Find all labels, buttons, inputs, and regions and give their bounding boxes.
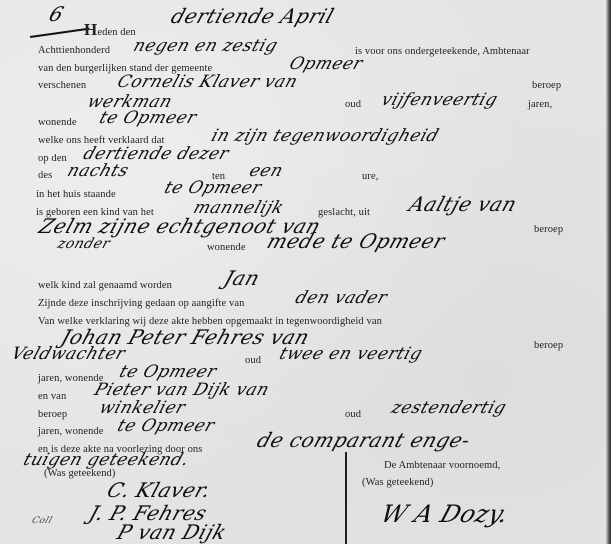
municipality-value: Opmeer (287, 54, 366, 74)
beroep-label-3: beroep (534, 340, 563, 351)
record-number-stroke (30, 28, 90, 38)
huis-staande-label: in het huis staande (36, 189, 116, 200)
jaren-wonende-label-2: jaren, wonende (38, 426, 104, 437)
signed-line-1-value: de comparant enge- (254, 428, 474, 452)
signature-divider (345, 452, 347, 544)
statement-value: in zijn tegenwoordigheid (209, 126, 442, 146)
margin-note: Coll (30, 516, 53, 526)
informant-value: den vader (293, 288, 390, 308)
en-van-label: en van (38, 391, 66, 402)
page-edge (606, 0, 611, 544)
wonende-label-2: wonende (207, 242, 246, 253)
mother-occupation-value: zonder (55, 236, 112, 252)
jaren-label-1: jaren, (528, 99, 552, 110)
declarant-residence-value: te Opmeer (97, 108, 199, 128)
heden-den-label: Heden den (84, 20, 136, 40)
oud-label-1: oud (345, 99, 361, 110)
achttienhonderd-label: Achttienhonderd (38, 45, 110, 56)
record-number: 6 (46, 2, 67, 26)
declarant-name-value: Cornelis Klaver van (115, 72, 301, 92)
wonende-label-1: wonende (38, 117, 77, 128)
declarant-age-value: vijfenveertig (379, 90, 501, 110)
heden-initial: H (84, 20, 97, 39)
mother-residence-value: mede te Opmeer (264, 229, 448, 253)
was-geteekend-label-2: (Was geteekend) (362, 477, 434, 488)
beroep-label-2: beroep (534, 224, 563, 235)
ambtenaar-voornoemd-label: De Ambtenaar voornoemd, (384, 460, 500, 471)
inschrijving-label: Zijnde deze inschrijving gedaan op aangi… (38, 298, 244, 309)
voor-ons-label: is voor ons ondergeteekende, Ambtenaar (355, 46, 530, 57)
birth-house-value: te Opmeer (162, 178, 264, 198)
witness2-age-value: zestendertig (389, 398, 509, 418)
declarant-signature: C. Klaver. (104, 478, 214, 502)
genaamd-label: welk kind zal genaamd worden (38, 280, 172, 291)
was-geteekend-label-1: (Was geteekend) (44, 468, 116, 479)
witness2-signature: P van Dijk (114, 520, 230, 544)
witness1-occupation-value: Veldwachter (9, 344, 128, 364)
witness2-residence-value: te Opmeer (115, 416, 217, 436)
des-label: des (38, 170, 52, 181)
mother-name-1-value: Aaltje van (406, 192, 520, 216)
official-signature: W A Dozy. (377, 500, 512, 528)
op-den-label: op den (38, 153, 67, 164)
beroep-label-1: beroep (532, 80, 561, 91)
witness2-name-value: Pieter van Dijk van (92, 380, 272, 400)
witness2-occupation-value: winkelier (97, 398, 188, 418)
witness1-residence-value: te Opmeer (117, 362, 219, 382)
oud-label-2: oud (245, 355, 261, 366)
verschenen-label: verschenen (38, 80, 86, 91)
beroep-label-4: beroep (38, 409, 67, 420)
signed-line-2-value: tuigen geteekend. (21, 450, 192, 470)
heden-rest: eden den (97, 27, 135, 38)
time-of-day-value: nachts (65, 161, 132, 181)
witness1-age-value: twee en veertig (277, 344, 425, 364)
document-page: 6 Heden den dertiende April Achttienhond… (0, 0, 611, 544)
day-value: dertiende April (168, 4, 337, 28)
geslacht-label: geslacht, uit (318, 207, 370, 218)
year-value: negen en zestig (131, 36, 281, 56)
oud-label-3: oud (345, 409, 361, 420)
ure-label: ure, (362, 171, 378, 182)
child-name-value: Jan (221, 266, 263, 290)
jaren-wonende-label-1: jaren, wonende (38, 373, 104, 384)
